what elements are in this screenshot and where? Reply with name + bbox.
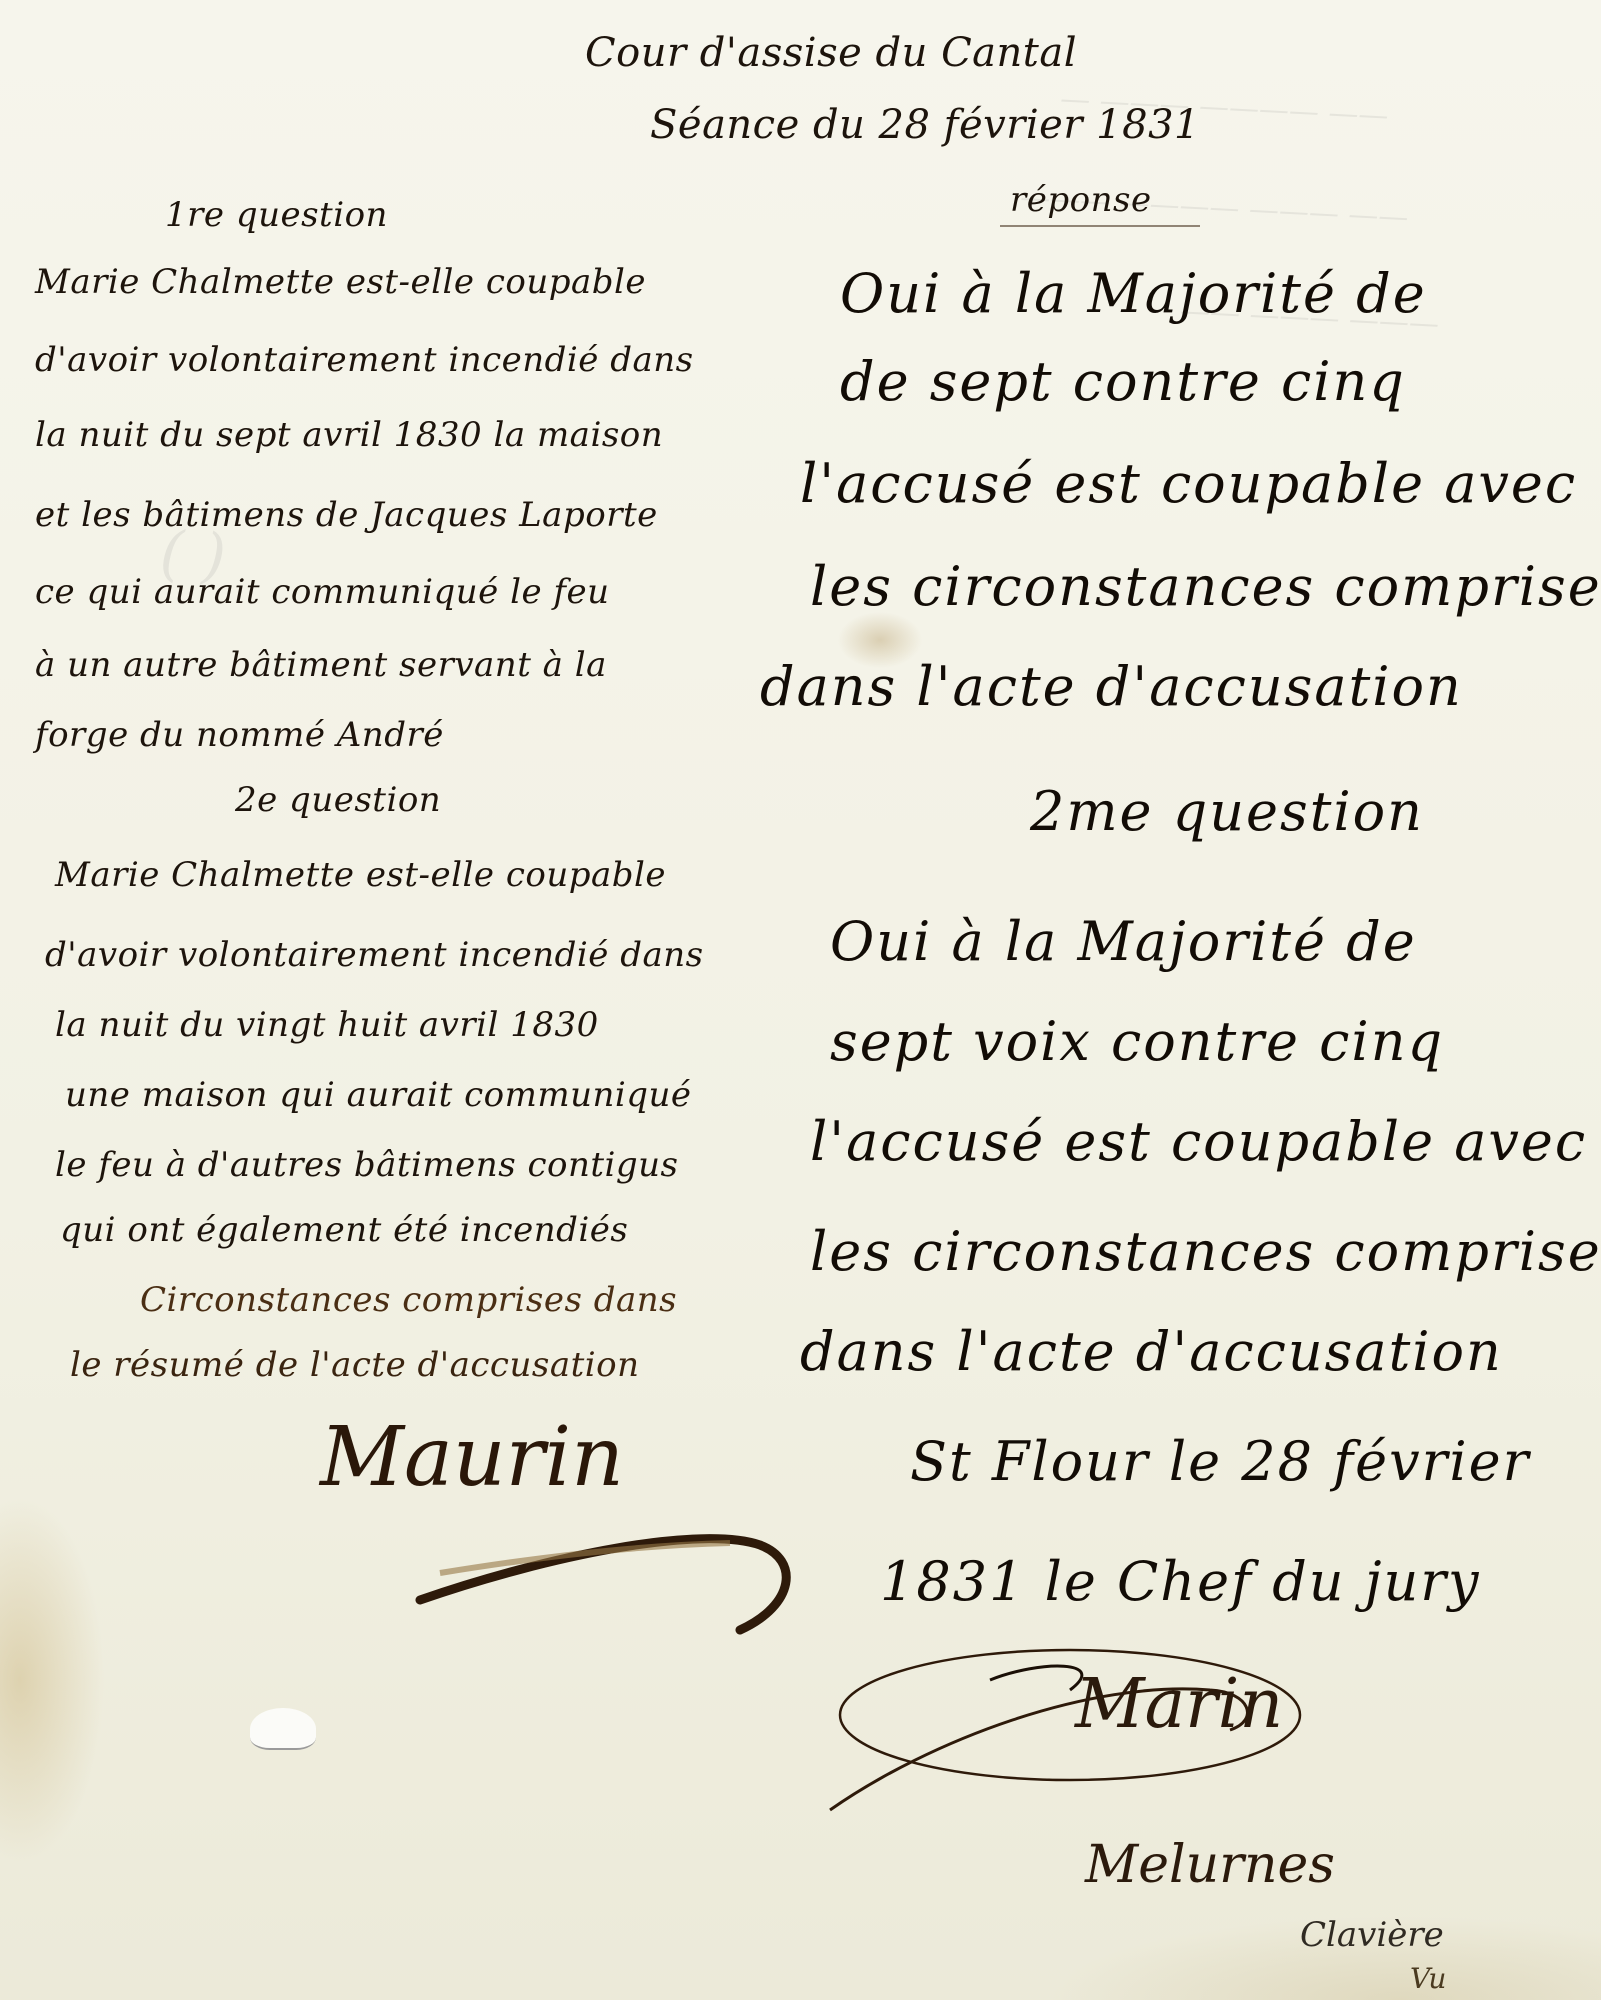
question-1-line: la nuit du sept avril 1830 la maison: [35, 415, 663, 455]
question-2-line: Circonstances comprises dans: [140, 1280, 677, 1320]
response-1-line: dans l'acte d'accusation: [760, 655, 1463, 718]
response-1-label: réponse: [1010, 180, 1152, 220]
question-1-line: forge du nommé André: [35, 715, 444, 755]
signature-left: Maurin: [320, 1410, 624, 1505]
response-1-line: de sept contre cinq: [840, 350, 1406, 413]
response-2-label: 2me question: [1030, 780, 1424, 843]
question-1-label: 1re question: [165, 195, 388, 235]
signature-right-fourth: Vu: [1410, 1962, 1446, 1995]
response-1-line: l'accusé est coupable avec: [800, 452, 1577, 515]
question-2-line: une maison qui aurait communiqué: [65, 1075, 692, 1115]
response-1-line: les circonstances comprise: [810, 555, 1601, 618]
response-1-line: Oui à la Majorité de: [840, 262, 1427, 325]
signature-right-third: Clavière: [1300, 1915, 1444, 1955]
signature-right-main: Marin: [1075, 1665, 1283, 1744]
signature-flourish: [400, 1505, 820, 1635]
closing-place-date: St Flour le 28 février: [910, 1430, 1530, 1493]
session-date: Séance du 28 février 1831: [650, 102, 1200, 148]
signature-right-second: Melurnes: [1085, 1835, 1335, 1895]
question-2-line: le feu à d'autres bâtimens contigus: [55, 1145, 679, 1185]
question-2-line: Marie Chalmette est-elle coupable: [55, 855, 666, 895]
underline: [1000, 225, 1200, 227]
paper-tear: [250, 1708, 316, 1750]
question-1-line: et les bâtimens de Jacques Laporte: [35, 495, 658, 535]
closing-jury-foreman: 1831 le Chef du jury: [880, 1550, 1481, 1613]
response-2-line: Oui à la Majorité de: [830, 910, 1417, 973]
response-2-line: sept voix contre cinq: [830, 1010, 1444, 1073]
response-2-line: dans l'acte d'accusation: [800, 1320, 1503, 1383]
court-header: Cour d'assise du Cantal: [585, 30, 1077, 76]
question-1-line: Marie Chalmette est-elle coupable: [35, 262, 646, 302]
question-2-line: la nuit du vingt huit avril 1830: [55, 1005, 599, 1045]
question-2-line: d'avoir volontairement incendié dans: [45, 935, 704, 975]
response-2-line: l'accusé est coupable avec: [810, 1110, 1587, 1173]
question-2-label: 2e question: [235, 780, 441, 820]
question-1-line: d'avoir volontairement incendié dans: [35, 340, 694, 380]
question-1-line: ce qui aurait communiqué le feu: [35, 572, 610, 612]
response-2-line: les circonstances comprises: [810, 1220, 1601, 1283]
question-1-line: à un autre bâtiment servant à la: [35, 645, 607, 685]
manuscript-page: — ——— ———— —— ——— ———— ——— —— —— ——— ———…: [0, 0, 1601, 2000]
question-2-line: le résumé de l'acte d'accusation: [70, 1345, 640, 1385]
question-2-line: qui ont également été incendiés: [60, 1210, 628, 1250]
